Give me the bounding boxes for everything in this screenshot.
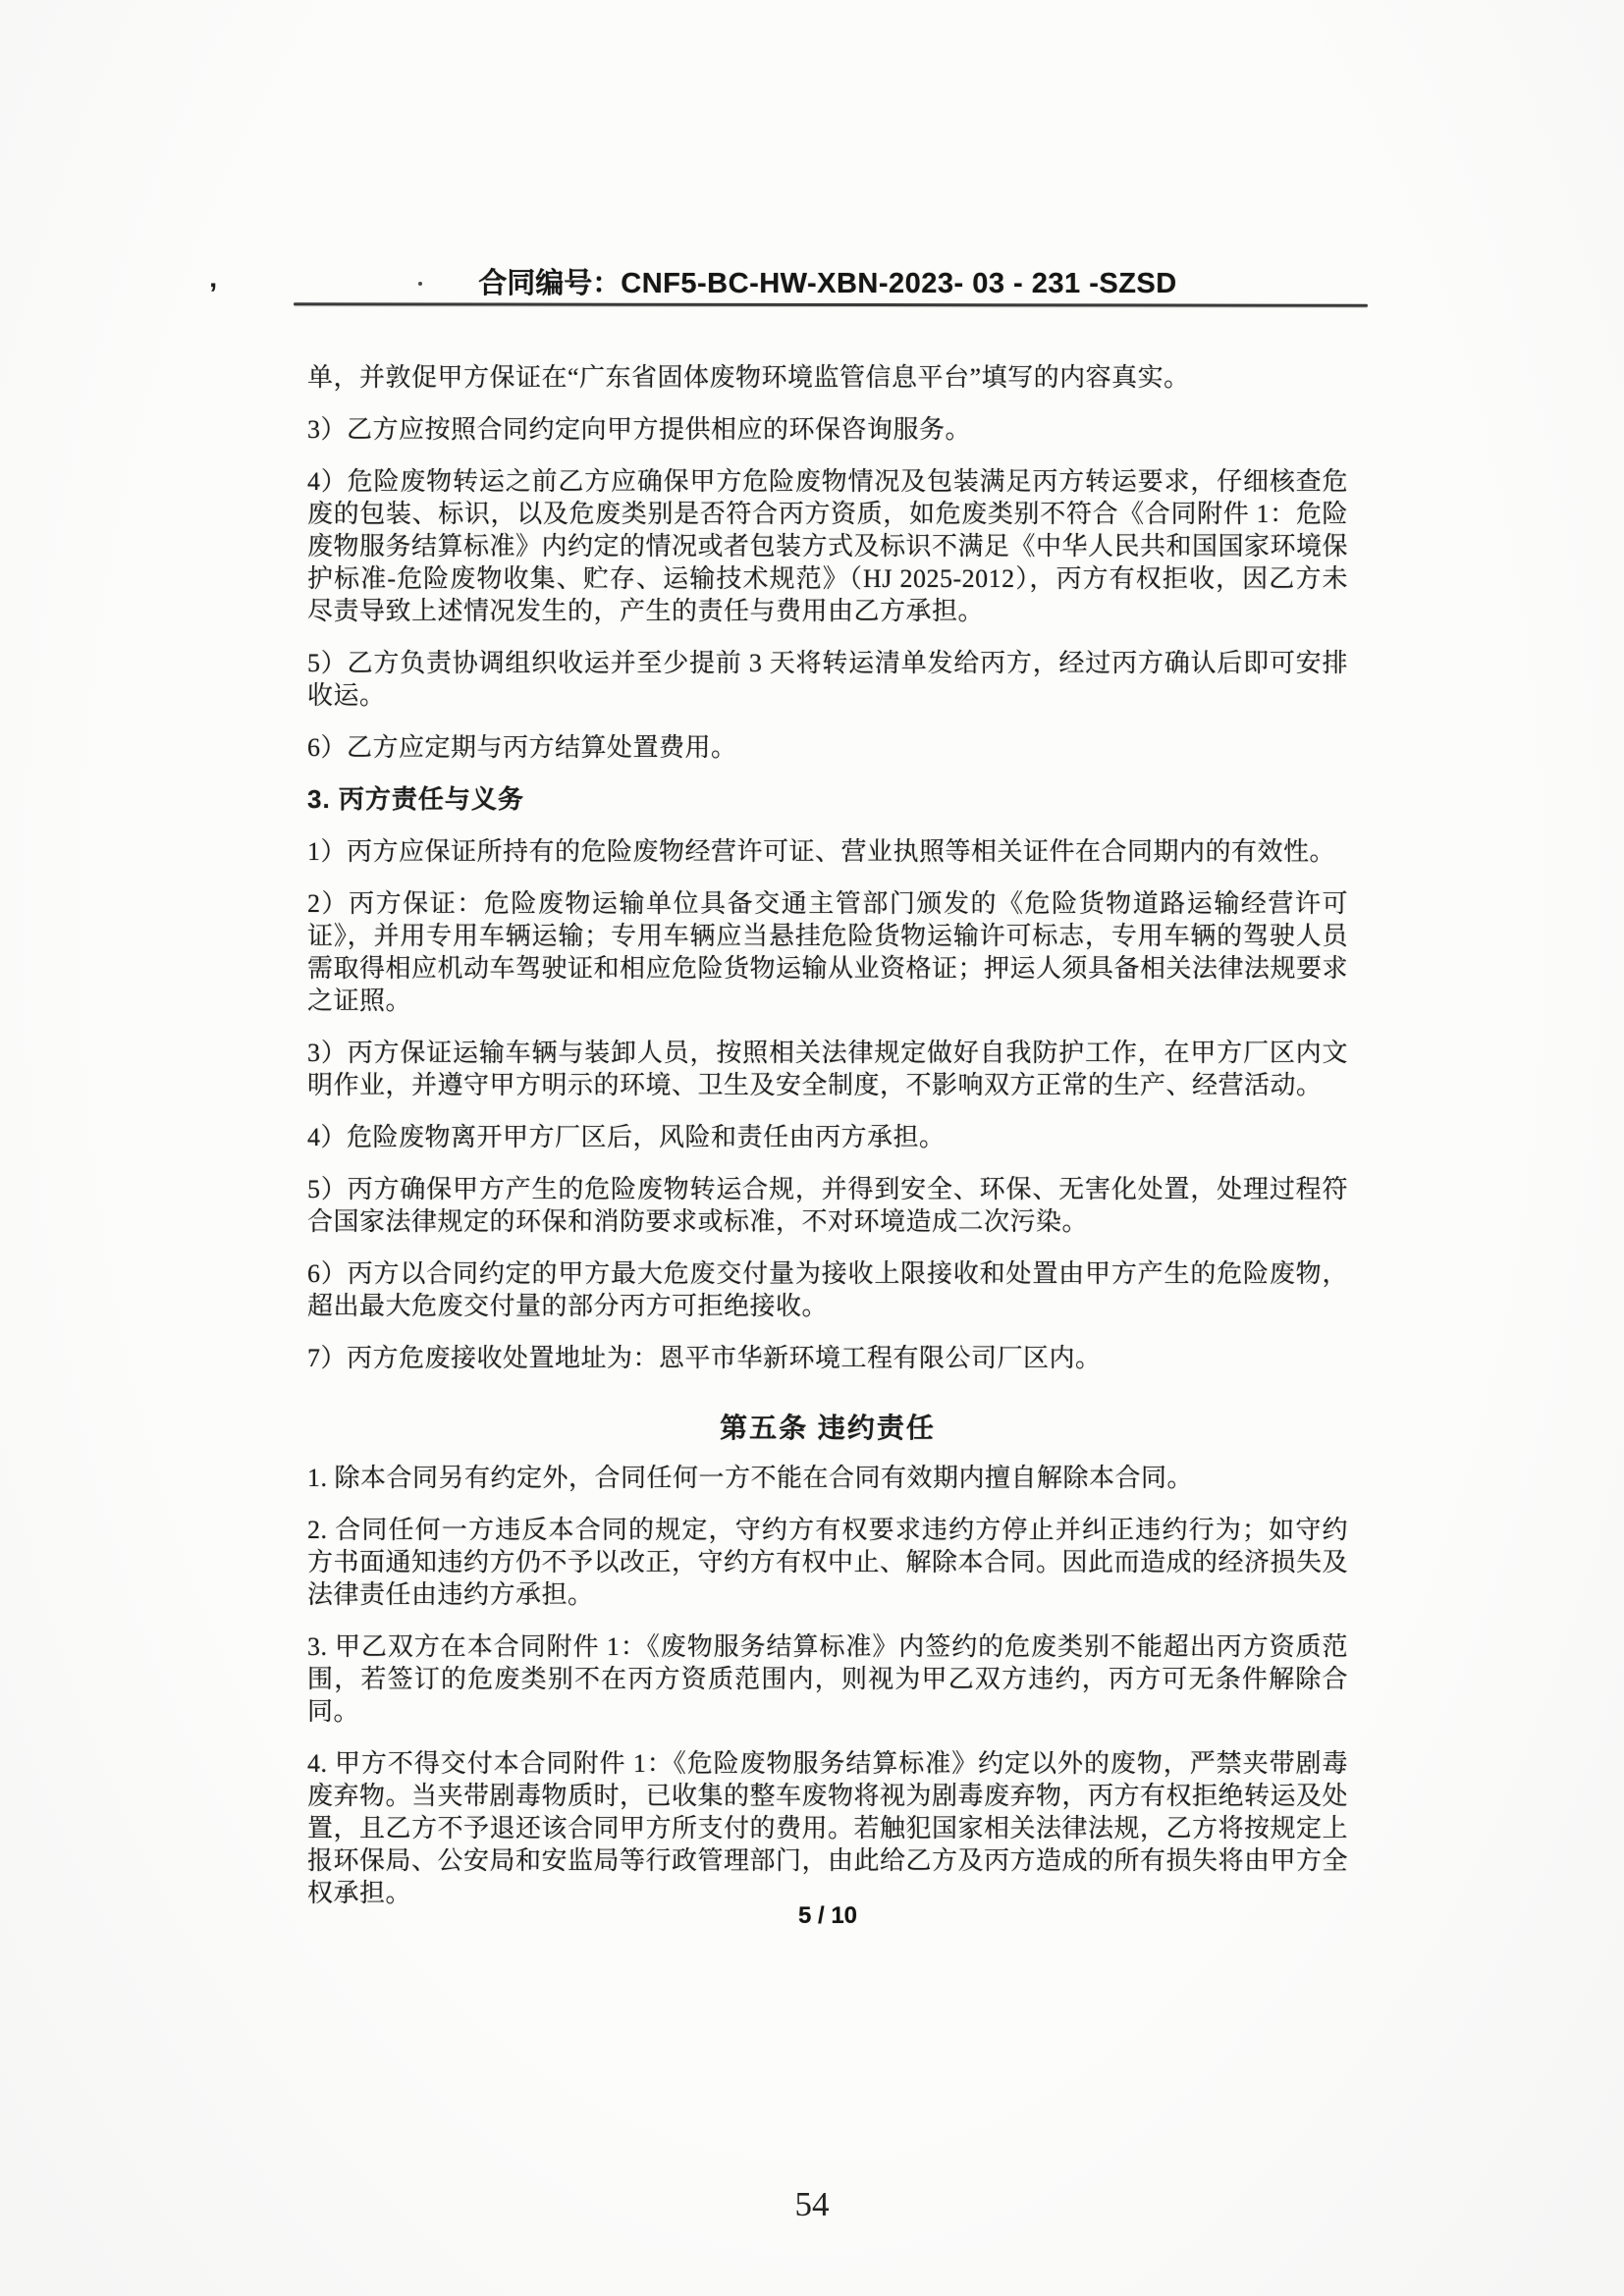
contract-paragraph: 5）丙方确保甲方产生的危险废物转运合规，并得到安全、环保、无害化处置，处理过程符…: [307, 1173, 1348, 1238]
contract-paragraph: 1. 除本合同另有约定外，合同任何一方不能在合同有效期内擅自解除本合同。: [307, 1462, 1348, 1494]
page-indicator: 5 / 10: [307, 1902, 1348, 1930]
contract-paragraph: 1）丙方应保证所持有的危险废物经营许可证、营业执照等相关证件在合同期内的有效性。: [307, 835, 1348, 868]
contract-paragraph: 单，并敦促甲方保证在“广东省固体废物环境监管信息平台”填写的内容真实。: [307, 361, 1348, 394]
contract-paragraph: 7）丙方危废接收处置地址为：恩平市华新环境工程有限公司厂区内。: [307, 1342, 1348, 1374]
contract-paragraph: 3）丙方保证运输车辆与装卸人员，按照相关法律规定做好自我防护工作，在甲方厂区内文…: [307, 1037, 1348, 1101]
article-heading: 第五条 违约责任: [307, 1412, 1348, 1444]
contract-paragraph: 3）乙方应按照合同约定向甲方提供相应的环保咨询服务。: [307, 413, 1348, 446]
contract-paragraph: 2. 合同任何一方违反本合同的规定，守约方有权要求违约方停止并纠正违约行为；如守…: [307, 1514, 1348, 1611]
contract-body: 单，并敦促甲方保证在“广东省固体废物环境监管信息平台”填写的内容真实。3）乙方应…: [307, 361, 1348, 1929]
contract-number-header: 合同编号：CNF5-BC-HW-XBN-2023- 03 - 231 -SZSD: [307, 266, 1348, 301]
contract-paragraph: 4. 甲方不得交付本合同附件 1：《危险废物服务结算标准》约定以外的废物，严禁夹…: [307, 1747, 1348, 1909]
contract-paragraph: 6）乙方应定期与丙方结算处置费用。: [307, 731, 1348, 764]
contract-paragraph: 4）危险废物转运之前乙方应确保甲方危险废物情况及包装满足丙方转运要求，仔细核查危…: [307, 465, 1348, 627]
header-divider-rule: [294, 302, 1368, 307]
contract-number-value: CNF5-BC-HW-XBN-2023- 03 - 231 -SZSD: [621, 268, 1176, 299]
stray-comma-mark: ’: [209, 278, 217, 311]
contract-paragraph: 6）丙方以合同约定的甲方最大危废交付量为接收上限接收和处置由甲方产生的危险废物，…: [307, 1257, 1348, 1322]
contract-paragraph: 5）乙方负责协调组织收运并至少提前 3 天将转运清单发给丙方，经过丙方确认后即可…: [307, 647, 1348, 712]
contract-paragraph: 4）危险废物离开甲方厂区后，风险和责任由丙方承担。: [307, 1121, 1348, 1153]
section-heading: 3. 丙方责任与义务: [307, 783, 1348, 816]
page-number: 54: [0, 2185, 1624, 2224]
contract-paragraph: 2）丙方保证：危险废物运输单位具备交通主管部门颁发的《危险货物道路运输经营许可证…: [307, 887, 1348, 1017]
contract-paragraph: 3. 甲乙双方在本合同附件 1：《废物服务结算标准》内签约的危废类别不能超出丙方…: [307, 1630, 1348, 1728]
contract-page: ’ 合同编号：CNF5-BC-HW-XBN-2023- 03 - 231 -SZ…: [0, 0, 1624, 2296]
contract-number-label: 合同编号：: [478, 268, 621, 299]
